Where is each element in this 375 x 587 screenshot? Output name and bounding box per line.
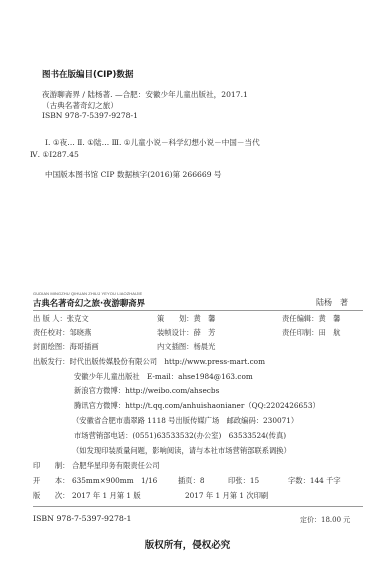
sheets-count: 印张：15: [228, 476, 259, 486]
credit-publisher-person: 出 版 人：张克文: [33, 314, 89, 324]
author: 陆杨 著: [316, 297, 348, 308]
book-format: 635mm×900mm 1/16: [72, 476, 157, 486]
credit-editor: 责任编辑：黄 馨: [282, 314, 340, 324]
format-label: 开 本：: [33, 476, 69, 486]
credit-planner: 策 划：黄 馨: [157, 314, 215, 324]
edition: 2017 年 1 月第 1 版: [72, 491, 141, 501]
divider: [33, 310, 363, 311]
impression: 2017 年 1 月第 1 次印刷: [185, 491, 268, 501]
isbn: ISBN 978-7-5397-9278-1: [33, 514, 131, 523]
price: 定价：18.00 元: [300, 515, 350, 525]
word-count: 字数：144 千字: [288, 476, 341, 486]
publisher-email: 安徽少年儿童出版社 E-mail：ahse1984@163.com: [74, 372, 253, 382]
rights-notice: 版权所有，侵权必究: [0, 537, 375, 551]
plates-count: 插页：8: [178, 476, 205, 486]
cip-entry-line: 夜游聊斋界 / 陆杨著. —合肥：安徽少年儿童出版社，2017.1: [42, 89, 248, 100]
publisher-notice: （如发现印装质量问题，影响阅读，请与本社市场营销部联系调换）: [72, 446, 291, 456]
cip-title: 图书在版编目(CIP)数据: [42, 68, 133, 80]
credit-interior-illustration: 内文插图：杨晨光: [157, 342, 215, 352]
publisher-weibo-tencent: 腾讯官方微博：http://t.qq.com/anhuishaonianer（Q…: [74, 401, 320, 411]
series-title: 古典名著奇幻之旅·夜游聊斋界: [33, 297, 145, 309]
publisher-weibo-sina: 新浪官方微博：http://weibo.com/ahsecbs: [74, 386, 219, 396]
cip-isbn-line: ISBN 978-7-5397-9278-1: [42, 111, 138, 120]
cip-classification-line: Ⅳ. ①I287.45: [30, 150, 79, 159]
credit-print-supervisor: 责任印制：田 航: [282, 328, 340, 338]
series-pinyin: GUDIAN MINGZHU QIHUAN ZHILÜ YEYOU LIAOZH…: [33, 291, 142, 296]
divider: [33, 506, 363, 507]
credit-designer: 装帧设计：薛 芳: [157, 328, 215, 338]
edition-label: 版 次：: [33, 491, 69, 501]
cip-series-line: （古典名著奇幻之旅）: [42, 100, 118, 111]
publisher-phone: 市场营销部电话：(0551)63533532(办公室) 63533524(传真): [74, 431, 286, 441]
credit-cover-illustration: 封面绘图：海哥插画: [33, 342, 99, 352]
credit-proofreader: 责任校对：邹晓燕: [33, 328, 91, 338]
printer-label: 印 制：: [33, 461, 69, 471]
publisher-address: （安徽省合肥市翡翠路 1118 号出版传媒广场 邮政编码：230071）: [72, 416, 298, 426]
publisher-distribution: 出版发行：时代出版传媒股份有限公司 http://www.press-mart.…: [33, 357, 265, 367]
cip-verification: 中国版本图书馆 CIP 数据核字(2016)第 266669 号: [45, 169, 222, 180]
printer: 合肥华星印务有限责任公司: [72, 461, 160, 471]
cip-classification-line: Ⅰ. ①夜… Ⅱ. ①陆… Ⅲ. ①儿童小说－科学幻想小说－中国－当代: [45, 137, 260, 148]
